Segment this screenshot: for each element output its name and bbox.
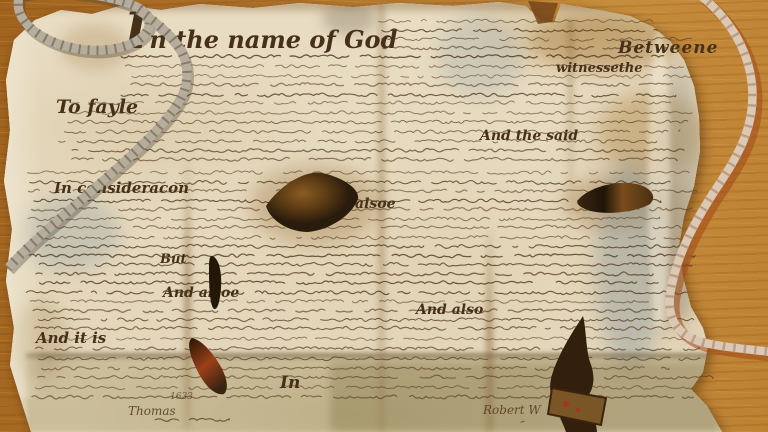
signature-left: Thomas (128, 404, 176, 418)
parchment-sheet (0, 0, 768, 432)
word-to-fayle: To fayle (56, 98, 138, 117)
right-curled-edge (648, 30, 670, 330)
word-and-alsoe: And alsoe (163, 286, 239, 300)
bottom-flap (26, 356, 726, 432)
word-and-the-said: And the said (480, 129, 578, 143)
year-text: 1633 (170, 393, 193, 402)
word-and-also: And also (416, 303, 483, 317)
shadow-patch (438, 16, 523, 96)
word-betweene: Betweene (618, 40, 718, 57)
fold-crease (378, 0, 385, 432)
shadow-patch (20, 196, 120, 271)
opening-words: In the name of God (124, 6, 397, 56)
word-in-witness: In (280, 375, 300, 392)
fold-crease (486, 230, 493, 432)
word-consideracon: In consideracon (54, 181, 189, 196)
shadow-patch (596, 160, 664, 370)
shadow-patch (660, 60, 700, 320)
signature-right: Robert W (483, 403, 541, 417)
word-but: But (160, 253, 186, 266)
photo-of-parchment-deed: In the name of God Betweene witnessethe … (0, 0, 768, 432)
flap-fold-line (26, 353, 726, 358)
fold-crease (567, 20, 574, 230)
stain (655, 180, 695, 330)
decorated-initial: I (124, 1, 149, 60)
parchment-wrapper (0, 0, 768, 432)
word-witnesseth: witnessethe (556, 62, 643, 75)
stain (565, 175, 670, 230)
word-and-it-is: And it is (36, 331, 106, 346)
stain (60, 24, 130, 70)
stain (598, 92, 706, 177)
bottom-flap-dark (330, 362, 720, 432)
word-alsoe-partial: alsoe (355, 197, 396, 211)
